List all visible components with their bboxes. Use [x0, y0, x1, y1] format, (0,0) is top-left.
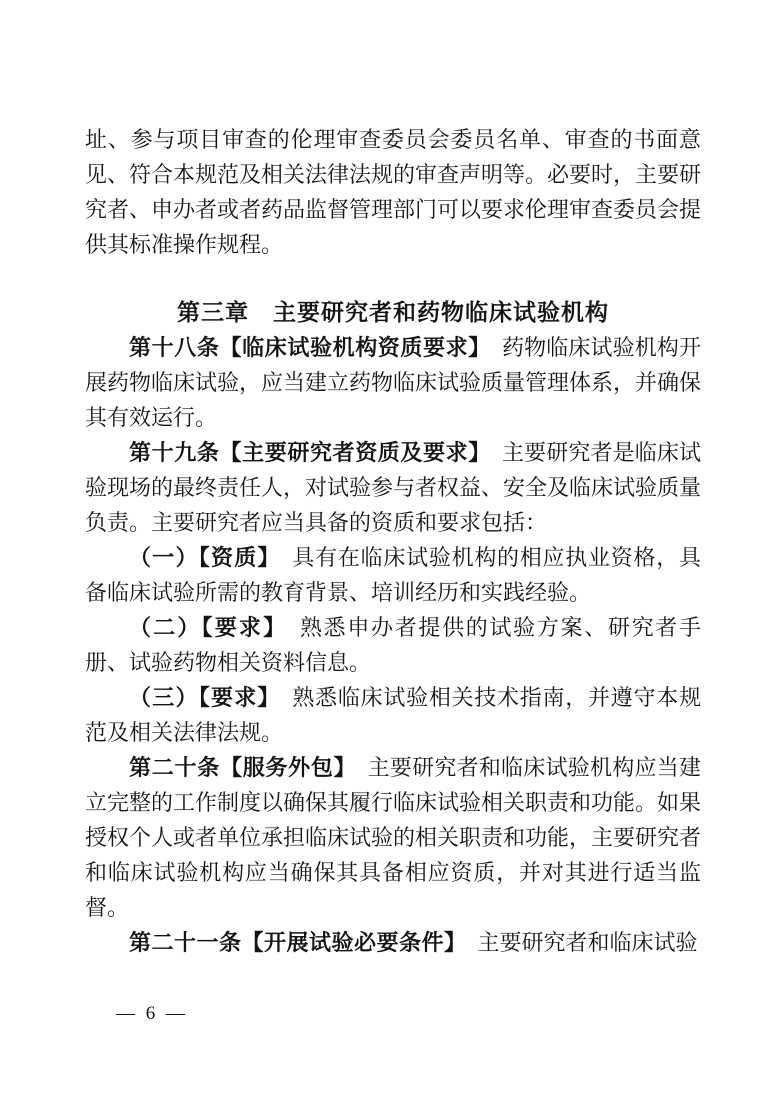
article-paragraph-19: 第十九条【主要研究者资质及要求】 主要研究者是临床试验现场的最终责任人，对试验参… [85, 435, 701, 540]
article-paragraph-18: 第十八条【临床试验机构资质要求】 药物临床试验机构开展药物临床试验，应当建立药物… [85, 330, 701, 435]
clause-paragraph-1: （一）【资质】 具有在临床试验机构的相应执业资格，具备临床试验所需的教育背景、培… [85, 540, 701, 610]
page-number: — 6 — [116, 1003, 188, 1025]
article-19-label: 第十九条【主要研究者资质及要求】 [129, 440, 480, 465]
article-21-text: 主要研究者和临床试验 [456, 930, 698, 955]
document-content: 址、参与项目审查的伦理审查委员会委员名单、审查的书面意见、符合本规范及相关法律法… [85, 122, 701, 960]
article-paragraph-21: 第二十一条【开展试验必要条件】 主要研究者和临床试验 [85, 925, 701, 960]
article-20-label: 第二十条【服务外包】 [129, 755, 345, 780]
article-21-label: 第二十一条【开展试验必要条件】 [129, 930, 456, 955]
paragraph-continuation: 址、参与项目审查的伦理审查委员会委员名单、审查的书面意见、符合本规范及相关法律法… [85, 122, 701, 262]
clause-paragraph-3: （三）【要求】 熟悉临床试验相关技术指南，并遵守本规范及相关法律法规。 [85, 680, 701, 750]
clause-paragraph-2: （二）【要求】 熟悉申办者提供的试验方案、研究者手册、试验药物相关资料信息。 [85, 610, 701, 680]
chapter-heading: 第三章 主要研究者和药物临床试验机构 [85, 295, 701, 330]
article-paragraph-20: 第二十条【服务外包】 主要研究者和临床试验机构应当建立完整的工作制度以确保其履行… [85, 750, 701, 925]
document-page: 址、参与项目审查的伦理审查委员会委员名单、审查的书面意见、符合本规范及相关法律法… [0, 0, 781, 1105]
clause-3-label: （三）【要求】 [129, 685, 270, 710]
article-18-label: 第十八条【临床试验机构资质要求】 [129, 335, 480, 360]
clause-2-label: （二）【要求】 [129, 615, 276, 640]
clause-1-label: （一）【资质】 [129, 545, 270, 570]
